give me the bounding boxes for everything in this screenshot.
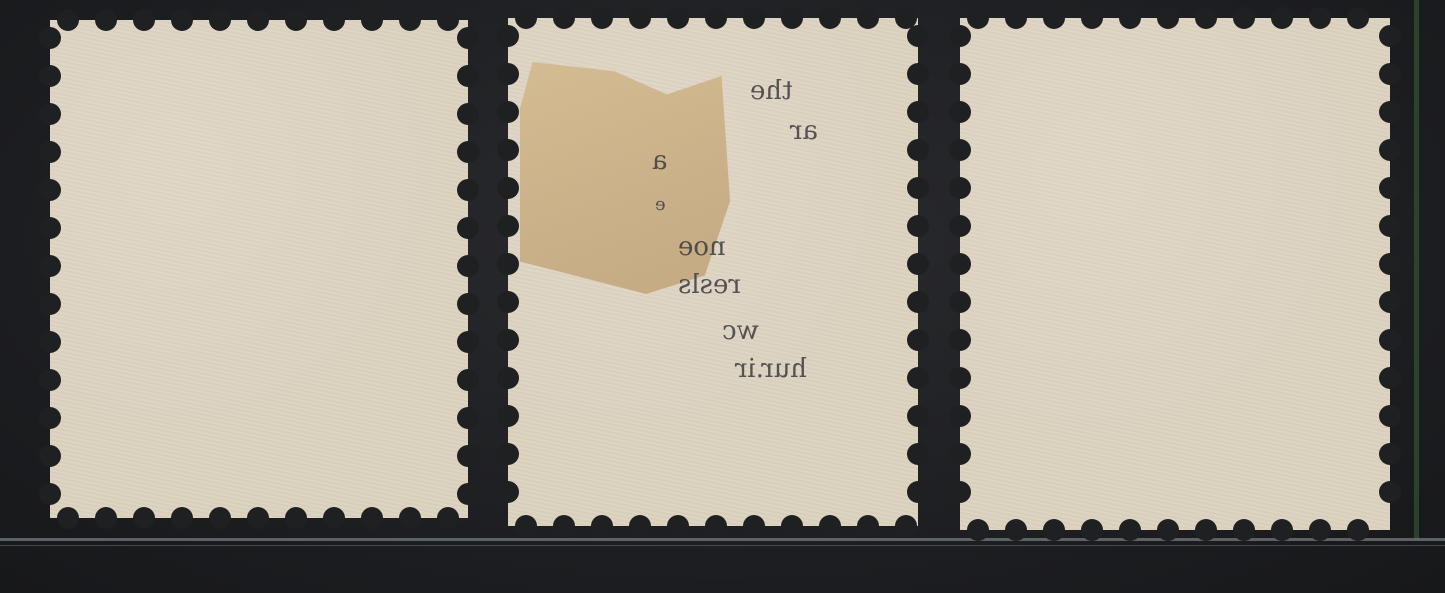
perforation-hole [1081,7,1103,29]
offset-text-line: e [655,196,666,214]
perforation-hole [949,443,971,465]
perforation-hole [629,515,651,537]
perforation-hole [39,483,61,505]
offset-text-line: the [750,78,793,104]
perforation-hole [1379,367,1401,389]
perforation-hole [1379,139,1401,161]
perforation-hole [781,7,803,29]
perforation-hole [967,519,989,541]
perforation-hole [515,7,537,29]
offset-text-line: resls [678,272,741,298]
perforation-hole [247,507,269,529]
perforation-hole [285,507,307,529]
offset-text-line: a [652,148,668,174]
perforation-hole [1379,25,1401,47]
perforation-hole [361,507,383,529]
perforation-hole [39,331,61,353]
perforation-hole [1043,7,1065,29]
perforation-hole [907,25,929,47]
perforation-hole [95,507,117,529]
perforation-hole [437,9,459,31]
perforation-hole [705,7,727,29]
perforation-hole [497,139,519,161]
mount-edge-line [1414,0,1419,540]
perforation-hole [95,9,117,31]
perforation-hole [133,507,155,529]
perforation-hole [39,445,61,467]
perforation-hole [907,139,929,161]
perforation-hole [949,215,971,237]
perforation-hole [497,101,519,123]
perforation-hole [57,507,79,529]
perforation-hole [457,179,479,201]
perforation-hole [743,515,765,537]
perforation-hole [1233,519,1255,541]
perforation-hole [457,255,479,277]
perforation-hole [857,515,879,537]
perforation-hole [323,507,345,529]
perforation-hole [1347,519,1369,541]
perforation-hole [39,255,61,277]
perforation-hole [907,215,929,237]
perforation-hole [667,7,689,29]
perforation-hole [247,9,269,31]
perforation-hole [457,27,479,49]
perforation-hole [1157,7,1179,29]
perforation-hole [457,65,479,87]
perforation-hole [1119,7,1141,29]
perforation-hole [949,101,971,123]
offset-text-line: ar [790,118,818,144]
perforation-hole [907,177,929,199]
perforation-hole [907,367,929,389]
perforation-hole [361,9,383,31]
perforation-hole [323,9,345,31]
perforation-hole [1005,7,1027,29]
perforation-hole [907,63,929,85]
perforation-hole [907,253,929,275]
perforation-hole [1119,519,1141,541]
perforation-hole [1157,519,1179,541]
perforation-hole [39,103,61,125]
perforation-hole [1379,253,1401,275]
perforation-hole [171,507,193,529]
offset-text-line: hur.ir [735,356,807,382]
perforation-hole [907,291,929,313]
perforation-hole [515,515,537,537]
perforation-hole [457,103,479,125]
stamp-left [50,20,468,518]
perforation-hole [39,293,61,315]
perforation-hole [171,9,193,31]
perforation-hole [949,139,971,161]
perforation-hole [907,101,929,123]
perforation-hole [949,481,971,503]
perforation-hole [457,483,479,505]
perforation-hole [819,7,841,29]
perforation-hole [57,9,79,31]
perforation-hole [949,329,971,351]
perforation-hole [457,293,479,315]
perforation-hole [497,25,519,47]
perforation-hole [743,7,765,29]
perforation-hole [209,9,231,31]
perforation-hole [39,179,61,201]
perforation-hole [1347,7,1369,29]
perforation-hole [949,25,971,47]
perforation-hole [705,515,727,537]
perforation-hole [857,7,879,29]
mount-strip-edge [0,538,1445,541]
perforation-hole [1379,63,1401,85]
perforation-hole [457,445,479,467]
perforation-hole [497,443,519,465]
offset-text-line: noe [678,234,726,260]
perforation-hole [949,405,971,427]
perforation-hole [591,7,613,29]
perforation-hole [209,507,231,529]
perforation-hole [819,515,841,537]
perforation-hole [285,9,307,31]
perforation-hole [591,515,613,537]
perforation-hole [39,65,61,87]
perforation-hole [39,27,61,49]
perforation-hole [949,63,971,85]
perforation-hole [39,407,61,429]
perforation-hole [39,369,61,391]
perforation-hole [1309,519,1331,541]
perforation-hole [967,7,989,29]
perforation-hole [949,291,971,313]
perforation-hole [1195,519,1217,541]
perforation-hole [907,329,929,351]
perforation-hole [1379,443,1401,465]
perforation-hole [497,481,519,503]
perforation-hole [497,405,519,427]
perforation-hole [497,291,519,313]
perforation-hole [1379,291,1401,313]
perforation-hole [39,217,61,239]
perforation-hole [1271,519,1293,541]
perforation-hole [497,215,519,237]
perforation-hole [1379,481,1401,503]
perforation-hole [497,329,519,351]
perforation-hole [1195,7,1217,29]
perforation-hole [949,177,971,199]
perforation-hole [1005,519,1027,541]
perforation-hole [39,141,61,163]
perforation-hole [949,367,971,389]
perforation-hole [907,443,929,465]
perforation-hole [1233,7,1255,29]
perforation-hole [1309,7,1331,29]
perforation-hole [907,481,929,503]
perforation-hole [907,405,929,427]
perforation-hole [457,369,479,391]
perforation-hole [781,515,803,537]
perforation-hole [553,515,575,537]
perforation-hole [629,7,651,29]
perforation-hole [497,253,519,275]
perforation-hole [1379,177,1401,199]
mount-strip-shadow [0,545,1445,546]
perforation-hole [399,9,421,31]
perforation-hole [895,515,917,537]
perforation-hole [1379,329,1401,351]
perforation-hole [133,9,155,31]
perforation-hole [497,63,519,85]
perforation-hole [497,367,519,389]
offset-text-line: wc [722,318,759,344]
perforation-hole [399,507,421,529]
stamp-right [960,18,1390,530]
perforation-hole [437,507,459,529]
perforation-hole [457,407,479,429]
perforation-hole [1379,215,1401,237]
perforation-hole [457,331,479,353]
perforation-hole [1043,519,1065,541]
perforation-hole [667,515,689,537]
perforation-hole [949,253,971,275]
perforation-hole [1379,405,1401,427]
perforation-hole [497,177,519,199]
perforation-hole [1379,101,1401,123]
perforation-hole [1271,7,1293,29]
perforation-hole [457,141,479,163]
perforation-hole [553,7,575,29]
perforation-hole [1081,519,1103,541]
perforation-hole [457,217,479,239]
